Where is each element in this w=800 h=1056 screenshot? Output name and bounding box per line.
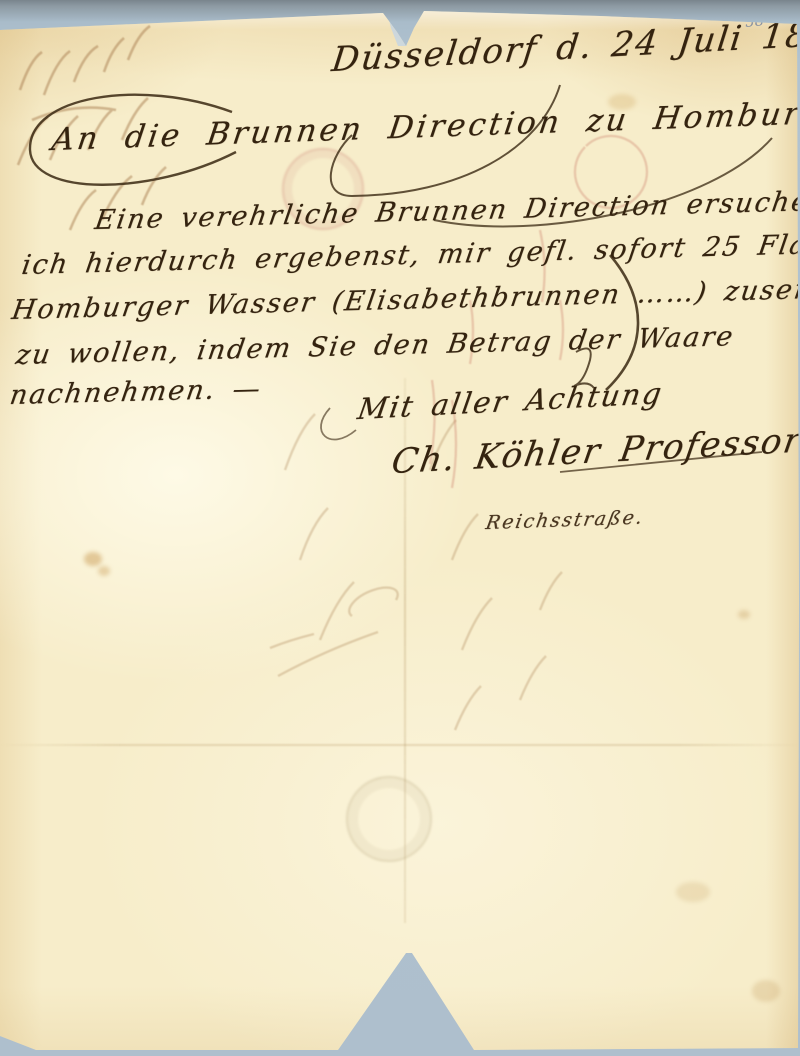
body-line-4: zu wollen, indem Sie den Betrag der Waar… [14,321,737,371]
recipient-line: An die Brunnen Direction zu Homburg [49,95,800,158]
horizontal-fold-crease [0,744,800,746]
signature-address-line: Reichsstraße. [484,506,646,534]
body-line-2: ich hierdurch ergebenst, mir gefl. sofor… [20,228,800,281]
foxing-spot [738,610,750,619]
stamp-imprint-bottom [346,776,432,862]
archival-pencil-number: 58 [744,11,765,31]
letter-paper: Düsseldorf d. 24 Juli 1855. An die Brunn… [0,0,800,1056]
closing-line: Mit aller Achtung [355,376,665,426]
body-line-5: nachnehmen. — [8,373,264,411]
foxing-spot [752,980,780,1002]
foxing-spot [676,882,710,902]
body-line-3: Homburger Wasser (Elisabethbrunnen ……) z… [10,272,800,326]
foxing-spot [98,566,110,576]
foxing-spot [84,552,102,566]
signature-line: Ch. Köhler Professor [389,420,800,482]
body-line-1: Eine verehrliche Brunnen Direction ersuc… [93,186,800,236]
scanned-letter: Düsseldorf d. 24 Juli 1855. An die Brunn… [0,0,800,1056]
